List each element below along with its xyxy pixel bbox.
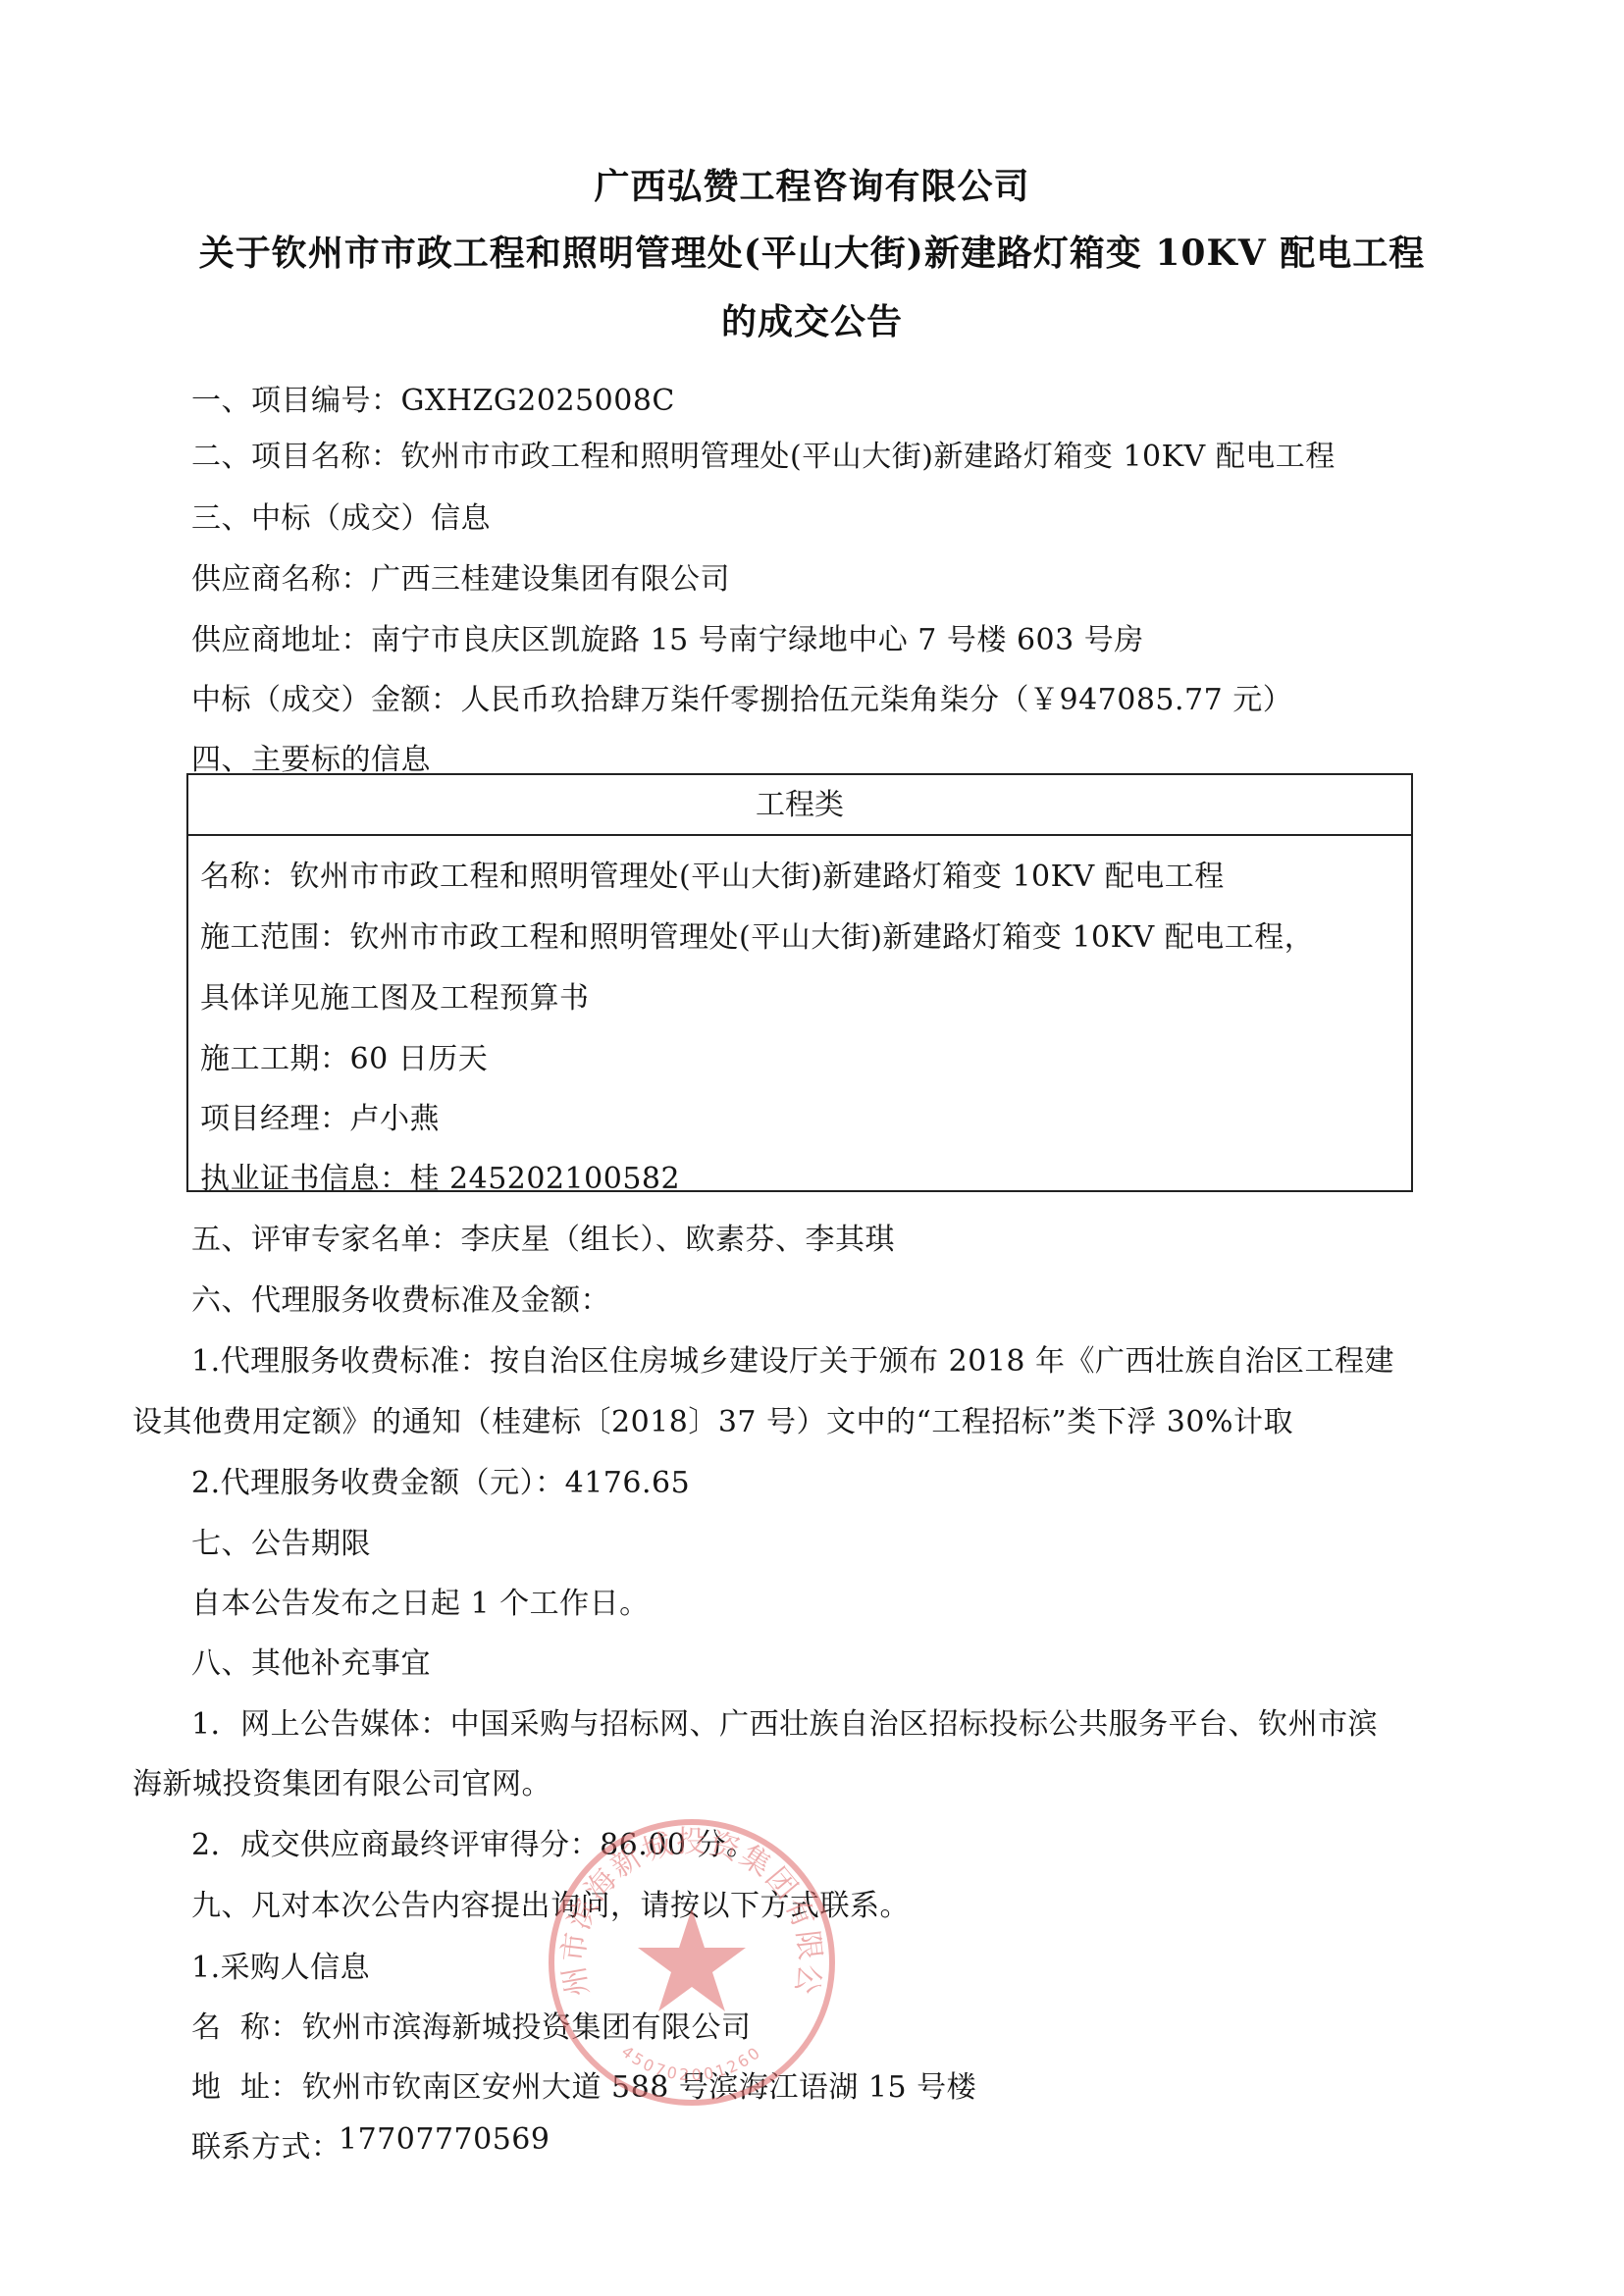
purchaser-address-label-1: 地	[191, 2062, 222, 2106]
section-award-info: 三、中标（成交）信息	[191, 494, 491, 537]
agency-fee-standard-cont: 设其他费用定额》的通知（桂建标〔2018〕37 号）文中的“工程招标”类下浮 3…	[132, 1397, 1293, 1440]
announcement-title: 关于钦州市市政工程和照明管理处(平山大街)新建路灯箱变 10KV 配电工程	[0, 226, 1624, 276]
purchaser-name-label-1: 名	[191, 2003, 222, 2046]
project-number: 一、项目编号：GXHZG2025008C	[191, 376, 675, 419]
notice-period-text: 自本公告发布之日起 1 个工作日。	[191, 1579, 650, 1622]
purchaser-address: 钦州市钦南区安州大道 588 号滨海江语湖 15 号楼	[302, 2062, 976, 2106]
announcement-page: 广西弘赞工程咨询有限公司 关于钦州市市政工程和照明管理处(平山大街)新建路灯箱变…	[0, 0, 1624, 2296]
company-title: 广西弘赞工程咨询有限公司	[0, 159, 1624, 209]
purchaser-contact: 17707770569	[339, 2122, 550, 2157]
online-media-cont: 海新城投资集团有限公司官网。	[132, 1759, 551, 1802]
supplier-address: 供应商地址：南宁市良庆区凯旋路 15 号南宁绿地中心 7 号楼 603 号房	[191, 615, 1144, 658]
announcement-subtitle: 的成交公告	[0, 294, 1624, 344]
purchaser-info-heading: 1.采购人信息	[191, 1943, 370, 1986]
agency-fee-standard: 1.代理服务收费标准：按自治区住房城乡建设厅关于颁布 2018 年《广西壮族自治…	[191, 1336, 1394, 1380]
expert-list: 五、评审专家名单：李庆星（组长）、欧素芬、李其琪	[191, 1215, 895, 1258]
section-main-subject: 四、主要标的信息	[191, 735, 431, 778]
project-name: 二、项目名称：钦州市市政工程和照明管理处(平山大街)新建路灯箱变 10KV 配电…	[191, 432, 1336, 475]
table-row: 施工工期：60 日历天	[200, 1034, 488, 1077]
table-row: 执业证书信息：桂 245202100582	[200, 1154, 680, 1197]
section-other-matters: 八、其他补充事宜	[191, 1639, 431, 1682]
purchaser-address-label-2: 址：	[240, 2062, 300, 2106]
table-row: 具体详见施工图及工程预算书	[200, 973, 590, 1017]
table-header: 工程类	[188, 775, 1411, 836]
bid-amount: 中标（成交）金额：人民币玖拾肆万柒仟零捌拾伍元柒角柒分（￥947085.77 元…	[191, 675, 1292, 718]
table-row: 项目经理：卢小燕	[200, 1094, 440, 1137]
agency-fee-amount: 2.代理服务收费金额（元）：4176.65	[191, 1458, 690, 1501]
purchaser-contact-label: 联系方式：	[191, 2122, 341, 2166]
section-agency-fee: 六、代理服务收费标准及金额：	[191, 1276, 610, 1319]
purchaser-name: 钦州市滨海新城投资集团有限公司	[302, 2003, 752, 2046]
subject-info-table: 工程类 名称：钦州市市政工程和照明管理处(平山大街)新建路灯箱变 10KV 配电…	[186, 773, 1413, 1192]
section-notice-period: 七、公告期限	[191, 1519, 371, 1562]
final-score: 2．成交供应商最终评审得分：86.00 分。	[191, 1820, 757, 1863]
table-row: 名称：钦州市市政工程和照明管理处(平山大街)新建路灯箱变 10KV 配电工程	[200, 852, 1225, 895]
table-row: 施工范围：钦州市市政工程和照明管理处(平山大街)新建路灯箱变 10KV 配电工程…	[200, 913, 1314, 956]
online-media: 1．网上公告媒体：中国采购与招标网、广西壮族自治区招标投标公共服务平台、钦州市滨	[191, 1699, 1378, 1743]
purchaser-name-label-2: 称：	[240, 2003, 300, 2046]
section-contact: 九、凡对本次公告内容提出询问，请按以下方式联系。	[191, 1881, 910, 1924]
supplier-name: 供应商名称：广西三桂建设集团有限公司	[191, 554, 730, 598]
